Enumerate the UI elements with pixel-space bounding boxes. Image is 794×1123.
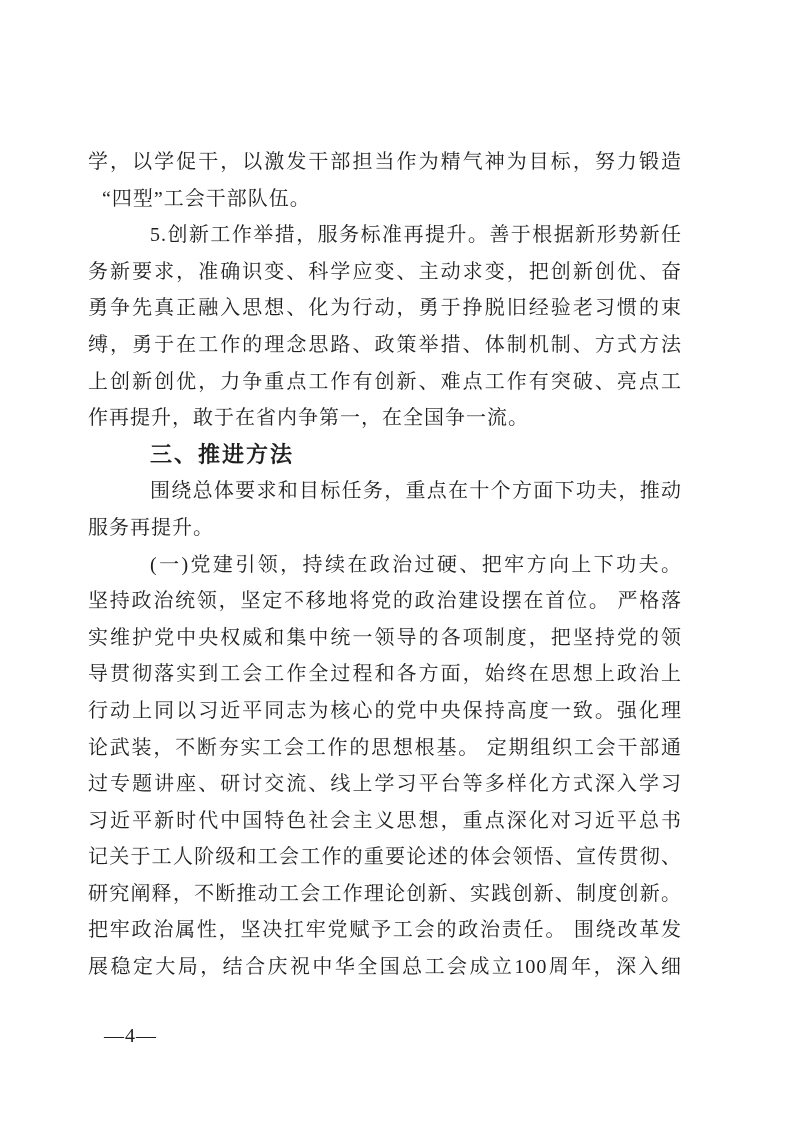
- body-line: 务新要求，准确识变、科学应变、主动求变，把创新创优、奋: [88, 254, 682, 291]
- body-line: 服务再提升。: [88, 510, 682, 547]
- body-line: 围绕总体要求和目标任务，重点在十个方面下功夫，推动: [88, 473, 682, 510]
- body-line: 过专题讲座、研讨交流、线上学习平台等多样化方式深入学习: [88, 766, 682, 803]
- body-line: 缚，勇于在工作的理念思路、政策举措、体制机制、方式方法: [88, 327, 682, 364]
- body-line: 行动上同以习近平同志为核心的党中央保持高度一致。强化理: [88, 693, 682, 730]
- document-page: 学，以学促干，以激发干部担当作为精气神为目标，努力锻造 “四型”工会干部队伍。 …: [0, 0, 794, 1123]
- body-line: “四型”工会干部队伍。: [88, 181, 682, 218]
- body-line: 论武装，不断夯实工会工作的思想根基。 定期组织工会干部通: [88, 730, 682, 767]
- body-line: 学，以学促干，以激发干部担当作为精气神为目标，努力锻造: [88, 144, 682, 181]
- body-line: 研究阐释，不断推动工会工作理论创新、实践创新、制度创新。: [88, 876, 682, 913]
- body-line: 坚持政治统领，坚定不移地将党的政治建设摆在首位。 严格落: [88, 583, 682, 620]
- body-line: 5.创新工作举措，服务标准再提升。善于根据新形势新任: [88, 217, 682, 254]
- body-line: 导贯彻落实到工会工作全过程和各方面，始终在思想上政治上: [88, 656, 682, 693]
- body-line: 展稳定大局，结合庆祝中华全国总工会成立100周年，深入细: [88, 949, 682, 986]
- section-heading: 三、推进方法: [88, 437, 682, 474]
- body-line: (一)党建引领，持续在政治过硬、把牢方向上下功夫。: [88, 547, 682, 584]
- page-number: —4—: [104, 1021, 157, 1051]
- body-line: 上创新创优，力争重点工作有创新、难点工作有突破、亮点工: [88, 364, 682, 401]
- body-line: 把牢政治属性，坚决扛牢党赋予工会的政治责任。 围绕改革发: [88, 912, 682, 949]
- body-line: 习近平新时代中国特色社会主义思想，重点深化对习近平总书: [88, 803, 682, 840]
- body-line: 实维护党中央权威和集中统一领导的各项制度，把坚持党的领: [88, 620, 682, 657]
- document-body: 学，以学促干，以激发干部担当作为精气神为目标，努力锻造 “四型”工会干部队伍。 …: [88, 144, 682, 986]
- body-line: 记关于工人阶级和工会工作的重要论述的体会领悟、宣传贯彻、: [88, 839, 682, 876]
- body-line: 作再提升，敢于在省内争第一，在全国争一流。: [88, 400, 682, 437]
- body-line: 勇争先真正融入思想、化为行动，勇于挣脱旧经验老习惯的束: [88, 290, 682, 327]
